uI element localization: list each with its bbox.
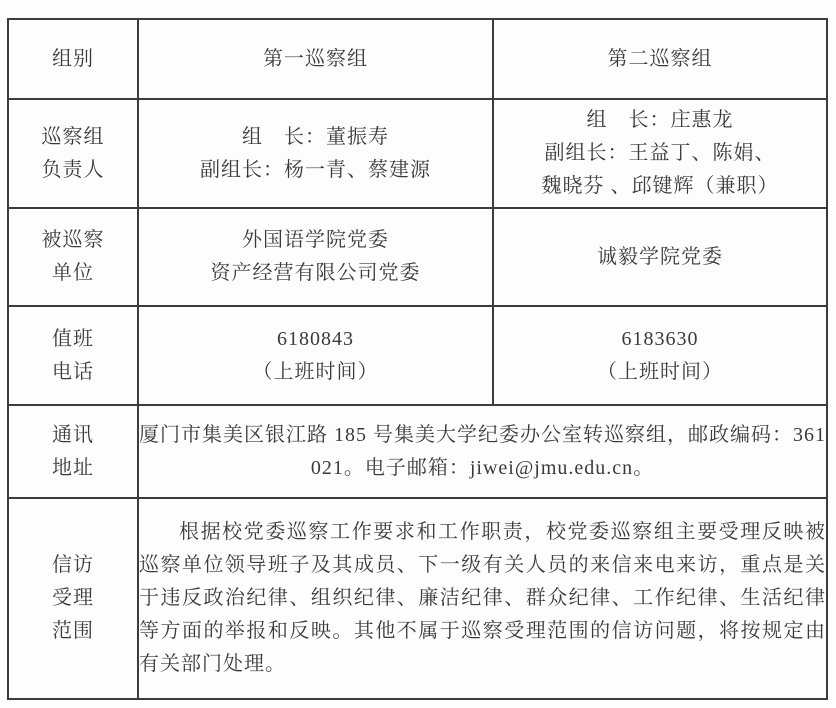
cell-leaders-label: 巡察组负责人 [8,99,138,208]
cell-group2-leaders: 组 长：庄惠龙副组长：王益丁、陈娟、魏晓芬 、邱键辉（兼职） [493,99,827,208]
cell-group2-units: 诚毅学院党委 [493,208,827,306]
cell-address-content: 厦门市集美区银江路 185 号集美大学纪委办公室转巡察组，邮政编码：361021… [138,405,827,498]
cell-group1-units: 外国语学院党委资产经营有限公司党委 [138,208,493,306]
cell-address-label: 通讯地址 [8,405,138,498]
cell-group1-leaders: 组 长：董振寿副组长：杨一青、蔡建源 [138,99,493,208]
table-row-scope: 信访受理范围 根据校党委巡察工作要求和工作职责，校党委巡察组主要受理反映被巡察单… [8,498,827,699]
cell-group2-name: 第二巡察组 [493,19,827,99]
cell-group-label: 组别 [8,19,138,99]
table-row-leaders: 巡察组负责人 组 长：董振寿副组长：杨一青、蔡建源 组 长：庄惠龙副组长：王益丁… [8,99,827,208]
inspection-info-table: 组别 第一巡察组 第二巡察组 巡察组负责人 组 长：董振寿副组长：杨一青、蔡建源… [7,18,828,700]
table-row-phone: 值班电话 6180843（上班时间） 6183630（上班时间） [8,306,827,405]
cell-group2-phone: 6183630（上班时间） [493,306,827,405]
scope-paragraph: 根据校党委巡察工作要求和工作职责，校党委巡察组主要受理反映被巡察单位领导班子及其… [139,516,826,681]
table-row-units: 被巡察单位 外国语学院党委资产经营有限公司党委 诚毅学院党委 [8,208,827,306]
cell-group1-phone: 6180843（上班时间） [138,306,493,405]
table-row-group: 组别 第一巡察组 第二巡察组 [8,19,827,99]
cell-scope-label: 信访受理范围 [8,498,138,699]
cell-group1-name: 第一巡察组 [138,19,493,99]
table-row-address: 通讯地址 厦门市集美区银江路 185 号集美大学纪委办公室转巡察组，邮政编码：3… [8,405,827,498]
document-page: 组别 第一巡察组 第二巡察组 巡察组负责人 组 长：董振寿副组长：杨一青、蔡建源… [7,18,828,700]
cell-units-label: 被巡察单位 [8,208,138,306]
cell-scope-content: 根据校党委巡察工作要求和工作职责，校党委巡察组主要受理反映被巡察单位领导班子及其… [138,498,827,699]
cell-phone-label: 值班电话 [8,306,138,405]
